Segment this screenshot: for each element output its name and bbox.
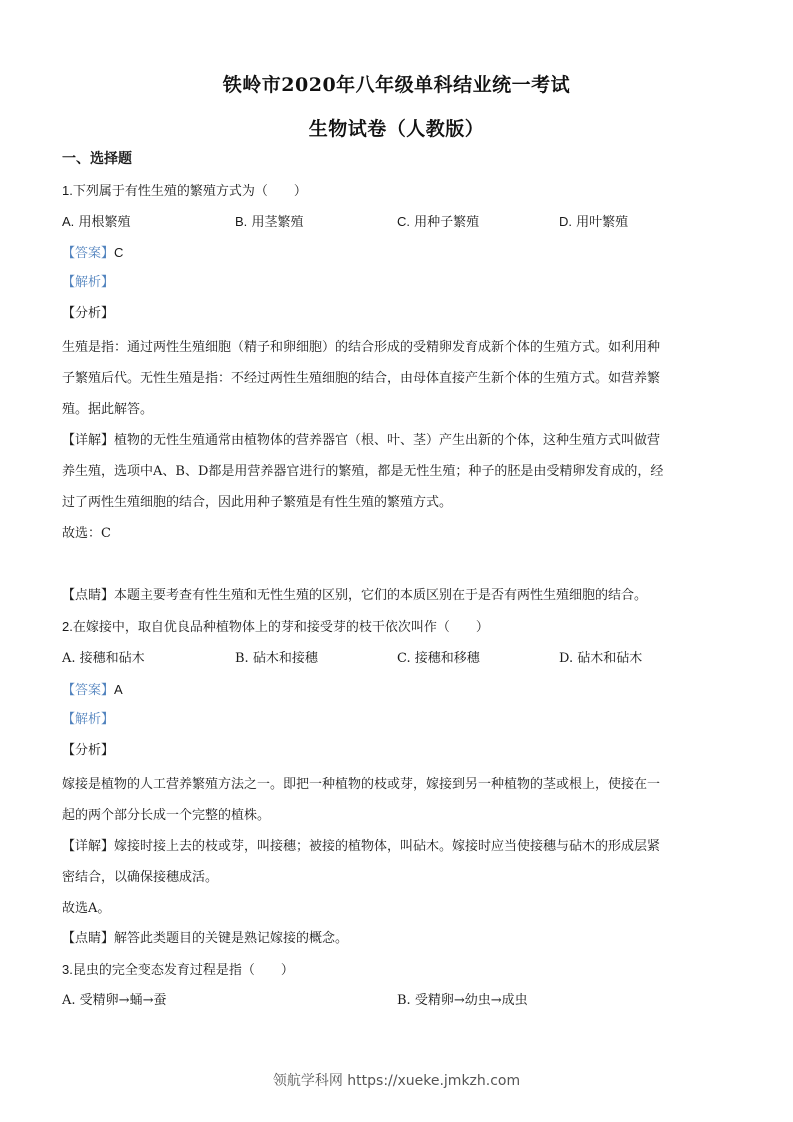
question-1-stem: 1.下列属于有性生殖的繁殖方式为（ ） [62,182,307,201]
q2-explanation-label: 【解析】 [62,711,114,729]
option-text: 受精卵→蛹→蚕 [80,993,167,1008]
option-letter: A. [62,214,74,229]
q3-option-b: B. 受精卵→幼虫→成虫 [397,992,528,1010]
option-text: 砧木和接穗 [253,651,318,666]
detail-text: 植物的无性生殖通常由植物体的营养器官（根、叶、茎）产生出新的个体，这种生殖方式叫… [114,433,660,448]
answer-label: 【答案】 [62,683,114,698]
comment-label: 【点睛】 [62,588,114,603]
q1-explanation-label: 【解析】 [62,274,114,292]
document-page: 铁岭市2020年八年级单科结业统一考试 生物试卷（人教版） 一、选择题 1.下列… [0,0,793,1122]
q1-detail-line-3: 过了两性生殖细胞的结合，因此用种子繁殖是有性生殖的繁殖方式。 [62,494,452,512]
option-text: 用茎繁殖 [251,215,303,230]
q2-answer: 【答案】A [62,681,123,700]
section-heading: 一、选择题 [62,150,132,168]
q1-choice: 故选：C [62,525,111,543]
q2-detail-line-2: 密结合，以确保接穗成活。 [62,869,218,887]
option-text: 用根繁殖 [78,215,130,230]
analysis-label: 【分析】 [62,743,114,758]
q1-option-c: C. 用种子繁殖 [397,213,479,232]
exam-subtitle: 生物试卷（人教版） [0,114,793,141]
q2-option-b: B. 砧木和接穗 [235,650,318,668]
q1-option-b: B. 用茎繁殖 [235,213,303,232]
q2-option-c: C. 接穗和移穗 [397,650,480,668]
question-3-stem: 3.昆虫的完全变态发育过程是指（ ） [62,961,294,980]
option-text: 接穗和砧木 [80,651,145,666]
answer-value: C [114,245,123,260]
answer-label: 【答案】 [62,246,114,261]
option-letter: B. [397,993,411,1008]
option-letter: A. [62,993,76,1008]
q2-analysis-line-2: 起的两个部分长成一个完整的植株。 [62,807,270,825]
explanation-label: 【解析】 [62,275,114,290]
option-text: 接穗和移穗 [415,651,480,666]
option-text: 用叶繁殖 [576,215,628,230]
answer-value: A [114,682,123,697]
q1-analysis-label: 【分析】 [62,305,114,323]
detail-text: 嫁接时接上去的枝或芽，叫接穗；被接的植物体，叫砧木。嫁接时应当使接穗与砧木的形成… [114,839,660,854]
q2-analysis-label: 【分析】 [62,742,114,760]
q1-analysis-line-3: 殖。据此解答。 [62,401,153,419]
detail-label: 【详解】 [62,433,114,448]
footer-watermark: 领航学科网 https://xueke.jmkzh.com [0,1070,793,1090]
option-letter: A. [62,651,76,666]
q1-option-d: D. 用叶繁殖 [559,213,628,232]
question-text: 下列属于有性生殖的繁殖方式为（ ） [73,184,307,199]
comment-text: 解答此类题目的关键是熟记嫁接的概念。 [114,931,348,946]
q1-answer: 【答案】C [62,244,123,263]
question-number: 3. [62,962,73,977]
q2-comment: 【点睛】解答此类题目的关键是熟记嫁接的概念。 [62,930,348,948]
option-letter: C. [397,651,411,666]
q1-analysis-line-1: 生殖是指：通过两性生殖细胞（精子和卵细胞）的结合形成的受精卵发育成新个体的生殖方… [62,339,660,357]
q1-detail-line-1: 【详解】植物的无性生殖通常由植物体的营养器官（根、叶、茎）产生出新的个体，这种生… [62,432,660,450]
explanation-label: 【解析】 [62,712,114,727]
detail-label: 【详解】 [62,839,114,854]
option-letter: B. [235,214,247,229]
q3-option-a: A. 受精卵→蛹→蚕 [62,992,166,1010]
option-letter: D. [559,651,573,666]
option-text: 用种子繁殖 [414,215,479,230]
q2-analysis-line-1: 嫁接是植物的人工营养繁殖方法之一。即把一种植物的枝或芽，嫁接到另一种植物的茎或根… [62,776,660,794]
analysis-label: 【分析】 [62,306,114,321]
q1-comment: 【点睛】本题主要考查有性生殖和无性生殖的区别，它们的本质区别在于是否有两性生殖细… [62,587,647,605]
comment-label: 【点睛】 [62,931,114,946]
q1-option-a: A. 用根繁殖 [62,213,130,232]
option-letter: D. [559,214,572,229]
q2-detail-line-1: 【详解】嫁接时接上去的枝或芽，叫接穗；被接的植物体，叫砧木。嫁接时应当使接穗与砧… [62,838,660,856]
q1-analysis-line-2: 子繁殖后代。无性生殖是指：不经过两性生殖细胞的结合，由母体直接产生新个体的生殖方… [62,370,660,388]
option-text: 受精卵→幼虫→成虫 [415,993,528,1008]
q2-option-d: D. 砧木和砧木 [559,650,642,668]
option-text: 砧木和砧木 [577,651,642,666]
option-letter: C. [397,214,410,229]
exam-title: 铁岭市2020年八年级单科结业统一考试 [0,70,793,97]
question-text: 在嫁接中，取自优良品种植物体上的芽和接受芽的枝干依次叫作（ ） [73,620,489,635]
question-2-stem: 2.在嫁接中，取自优良品种植物体上的芽和接受芽的枝干依次叫作（ ） [62,618,489,637]
comment-text: 本题主要考查有性生殖和无性生殖的区别，它们的本质区别在于是否有两性生殖细胞的结合… [114,588,647,603]
question-number: 2. [62,619,73,634]
question-number: 1. [62,183,73,198]
option-letter: B. [235,651,249,666]
q2-choice: 故选A。 [62,900,110,918]
q2-option-a: A. 接穗和砧木 [62,650,145,668]
q1-detail-line-2: 养生殖，选项中A、B、D都是用营养器官进行的繁殖，都是无性生殖；种子的胚是由受精… [62,463,663,481]
question-text: 昆虫的完全变态发育过程是指（ ） [73,963,294,978]
